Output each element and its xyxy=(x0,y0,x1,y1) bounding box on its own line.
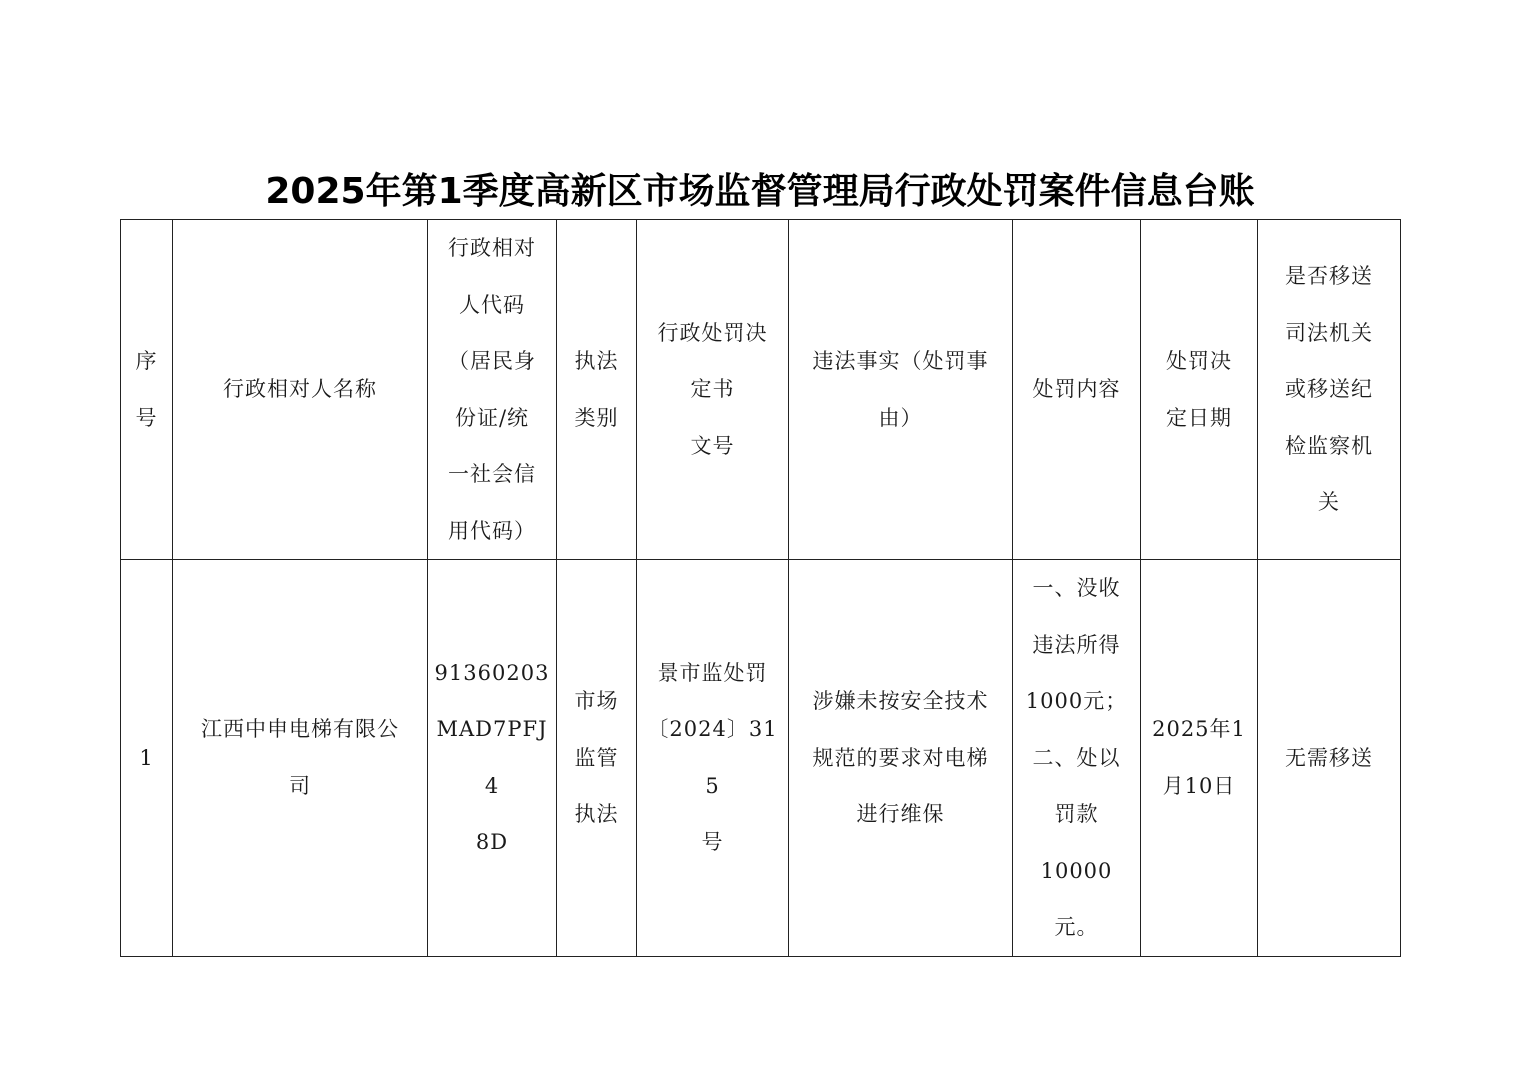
header-category: 执法 类别 xyxy=(557,220,637,560)
header-content: 处罚内容 xyxy=(1013,220,1141,560)
header-transfer: 是否移送 司法机关 或移送纪 检监察机 关 xyxy=(1258,220,1401,560)
cell-transfer: 无需移送 xyxy=(1258,560,1401,957)
header-name: 行政相对人名称 xyxy=(173,220,428,560)
header-code: 行政相对 人代码 （居民身 份证/统 一社会信 用代码） xyxy=(428,220,557,560)
cell-content: 一、没收 违法所得 1000元； 二、处以 罚款 10000元。 xyxy=(1013,560,1141,957)
penalty-ledger-table: 序 号 行政相对人名称 行政相对 人代码 （居民身 份证/统 一社会信 用代码）… xyxy=(120,219,1401,957)
cell-seq: 1 xyxy=(121,560,173,957)
cell-category: 市场 监管 执法 xyxy=(557,560,637,957)
table-row: 1 江西中申电梯有限公 司 91360203 MAD7PFJ4 8D 市场 监管… xyxy=(121,560,1401,957)
header-facts: 违法事实（处罚事 由） xyxy=(789,220,1013,560)
cell-facts: 涉嫌未按安全技术 规范的要求对电梯 进行维保 xyxy=(789,560,1013,957)
cell-code: 91360203 MAD7PFJ4 8D xyxy=(428,560,557,957)
cell-name: 江西中申电梯有限公 司 xyxy=(173,560,428,957)
header-seq: 序 号 xyxy=(121,220,173,560)
table-header-row: 序 号 行政相对人名称 行政相对 人代码 （居民身 份证/统 一社会信 用代码）… xyxy=(121,220,1401,560)
document-title: 2025年第1季度高新区市场监督管理局行政处罚案件信息台账 xyxy=(0,166,1520,218)
cell-date: 2025年1 月10日 xyxy=(1141,560,1258,957)
header-doc-no: 行政处罚决 定书 文号 xyxy=(637,220,789,560)
cell-doc-no: 景市监处罚 〔2024〕315 号 xyxy=(637,560,789,957)
header-date: 处罚决 定日期 xyxy=(1141,220,1258,560)
